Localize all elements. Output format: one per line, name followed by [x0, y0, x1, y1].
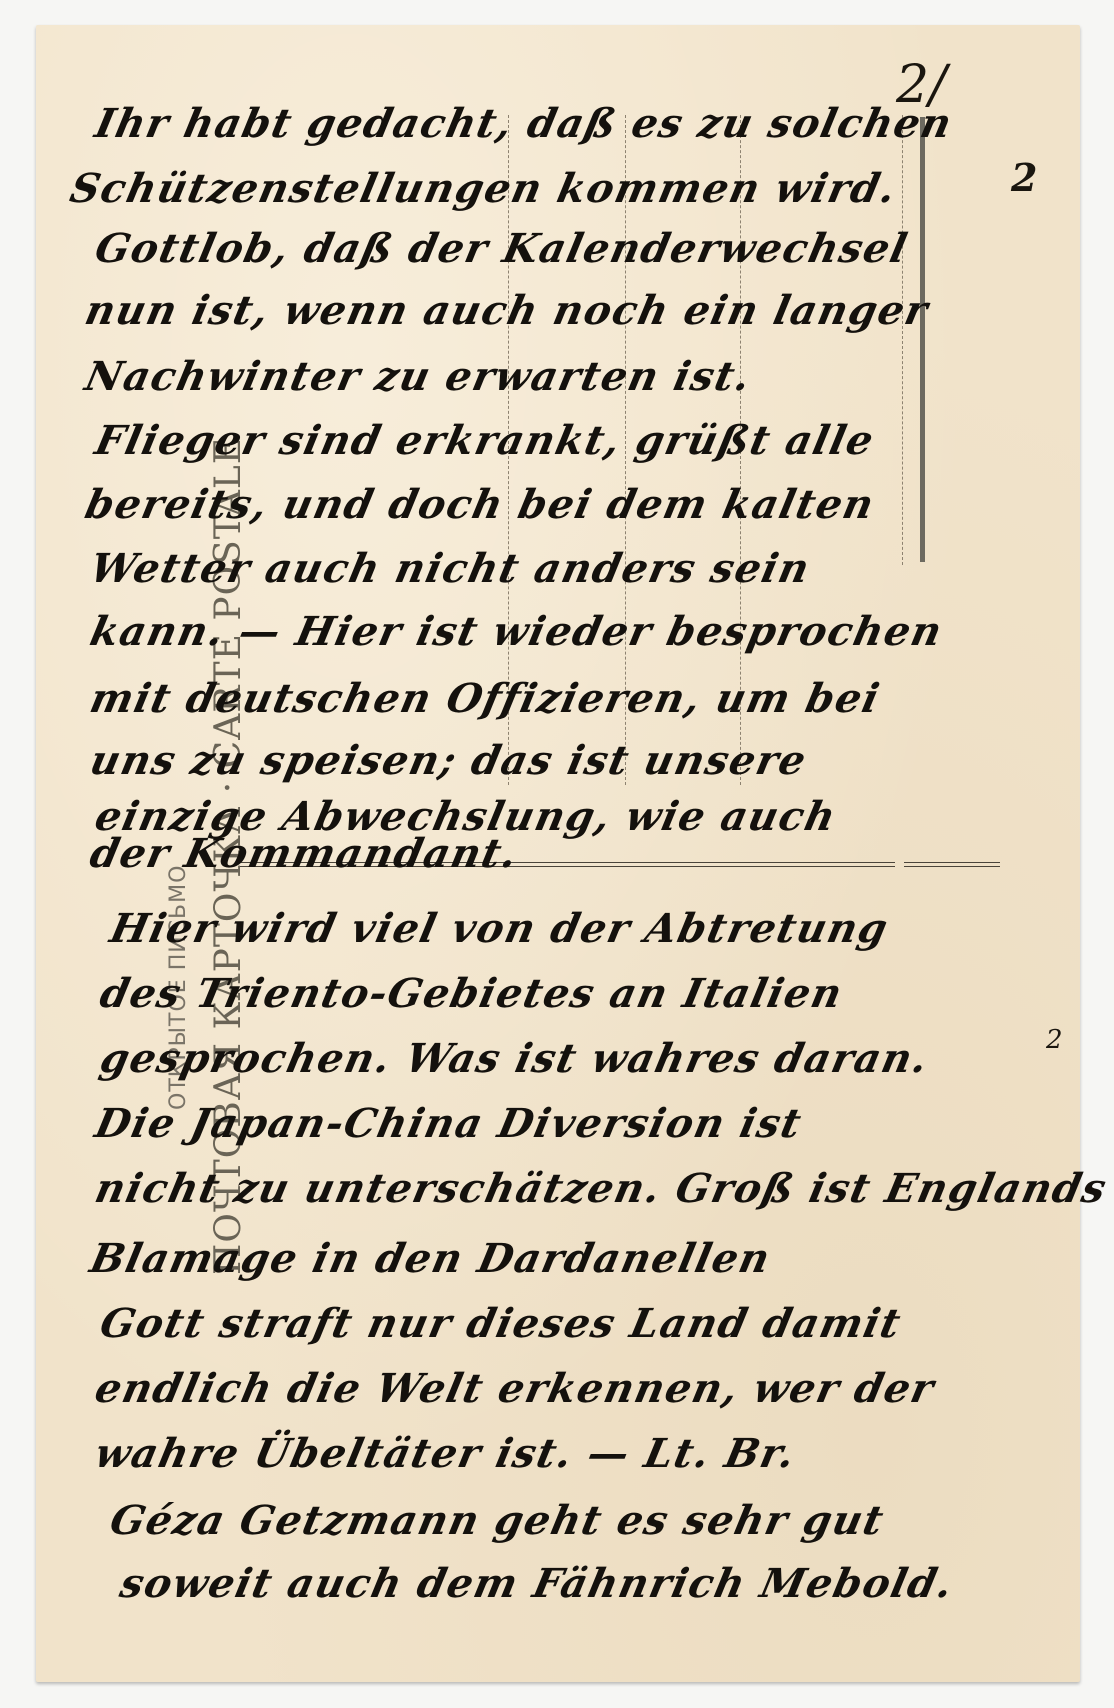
handwritten-line: Die Japan-China Diversion ist [91, 1100, 806, 1147]
margin-mark: 2 [1011, 155, 1037, 200]
handwritten-line: mit deutschen Offizieren, um bei [86, 675, 885, 722]
handwritten-line: Ihr habt gedacht, daß es zu solchen [91, 100, 957, 147]
handwritten-line: Gottlob, daß der Kalenderwechsel [91, 225, 912, 272]
handwritten-line: des Triento-Gebietes an Italien [96, 970, 847, 1017]
postcard: ПОЧТОВАЯ КАРТОЧКА · CARTE POSTALE ОТКРЫТ… [36, 25, 1080, 1682]
printed-dashed-guide [902, 115, 903, 565]
handwritten-line: Flieger sind erkrankt, grüßt alle [91, 417, 879, 464]
handwritten-line: soweit auch dem Fähnrich Mebold. [116, 1560, 958, 1607]
handwritten-line: uns zu speisen; das ist unsere [86, 737, 811, 784]
handwritten-line: nicht zu unterschätzen. Groß ist England… [91, 1165, 1112, 1212]
printed-divider-bar [920, 117, 925, 562]
printed-address-rule [904, 862, 1000, 867]
handwritten-line: Hier wird viel von der Abtretung [106, 905, 893, 952]
handwritten-line: nun ist, wenn auch noch ein langer [81, 287, 933, 334]
handwritten-line: bereits, und doch bei dem kalten [81, 481, 879, 528]
handwritten-line: der Kommandant. [86, 830, 523, 877]
handwritten-line: Nachwinter zu erwarten ist. [81, 353, 756, 400]
handwritten-line: wahre Übeltäter ist. — Lt. Br. [91, 1430, 800, 1477]
handwritten-line: endlich die Welt erkennen, wer der [91, 1365, 939, 1412]
margin-mark: 2 [1046, 1025, 1063, 1055]
handwritten-line: kann. — Hier ist wieder besprochen [86, 608, 947, 655]
handwritten-line: Blamage in den Dardanellen [86, 1235, 775, 1282]
handwritten-line: Gott straft nur dieses Land damit [96, 1300, 906, 1347]
handwritten-line: gesprochen. Was ist wahres daran. [96, 1035, 933, 1082]
handwritten-line: Wetter auch nicht anders sein [86, 545, 815, 592]
handwritten-line: Schützenstellungen kommen wird. [66, 165, 901, 212]
handwritten-line: Géza Getzmann geht es sehr gut [106, 1497, 889, 1544]
